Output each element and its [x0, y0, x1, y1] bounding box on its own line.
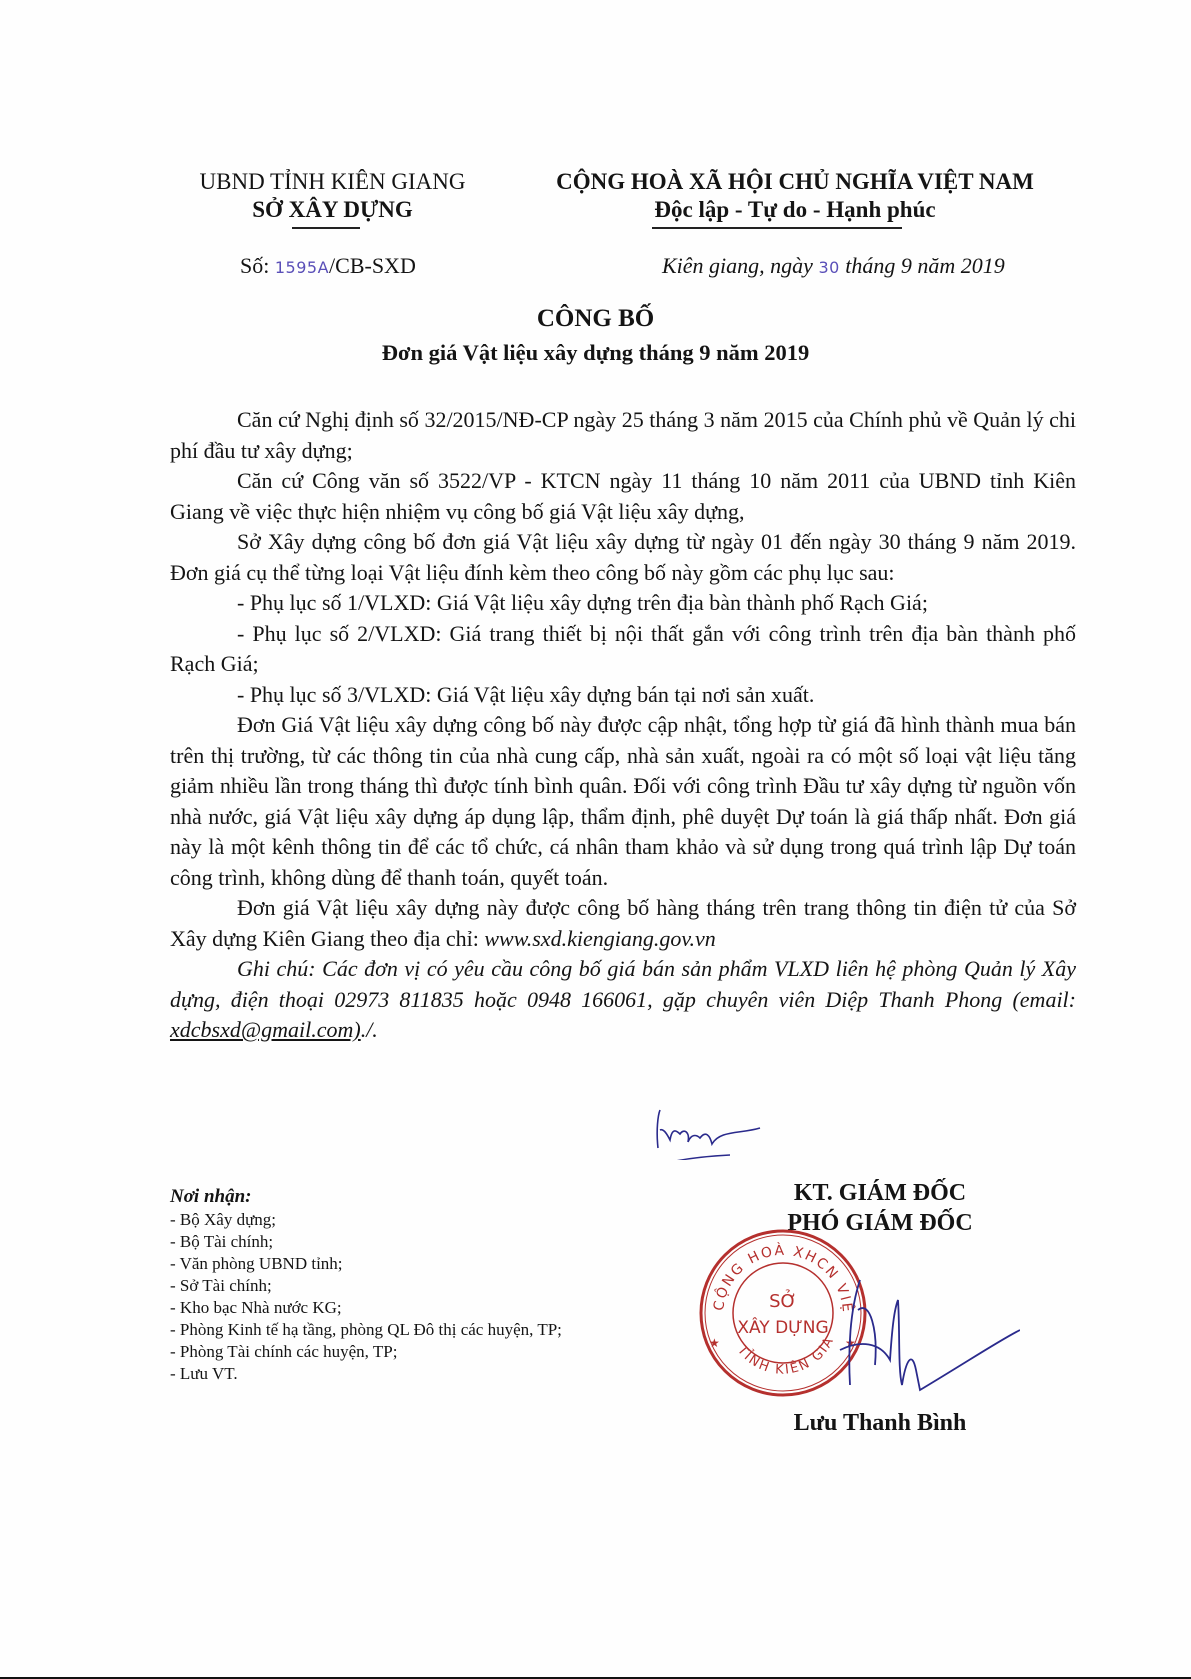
agency-name: SỞ XÂY DỰNG: [170, 196, 495, 224]
recipients-block: Nơi nhận: - Bộ Xây dựng; - Bộ Tài chính;…: [170, 1185, 570, 1385]
agency-underline: [292, 227, 360, 229]
recipient-item: - Bộ Tài chính;: [170, 1231, 570, 1253]
recipients-heading: Nơi nhận:: [170, 1185, 570, 1209]
signer-name: Lưu Thanh Bình: [700, 1410, 1060, 1437]
svg-text:★: ★: [709, 1336, 720, 1350]
website-link[interactable]: www.sxd.kiengiang.gov.vn: [484, 926, 715, 951]
issuing-agency-block: UBND TỈNH KIÊN GIANG SỞ XÂY DỰNG: [170, 168, 495, 224]
svg-text:SỞ: SỞ: [769, 1289, 797, 1312]
handwritten-signature: [820, 1270, 1020, 1410]
appendix-item: - Phụ lục số 3/VLXD: Giá Vật liệu xây dự…: [170, 680, 1076, 711]
appendix-item: - Phụ lục số 2/VLXD: Giá trang thiết bị …: [170, 619, 1076, 680]
document-subtitle: Đơn giá Vật liệu xây dựng tháng 9 năm 20…: [0, 340, 1191, 366]
initials-mark: [650, 1100, 790, 1160]
motto-underline: [652, 227, 902, 229]
paragraph-note: Ghi chú: Các đơn vị có yêu cầu công bố g…: [170, 954, 1076, 1046]
national-header-block: CỘNG HOÀ XÃ HỘI CHỦ NGHĨA VIỆT NAM Độc l…: [520, 168, 1070, 224]
recipient-item: - Văn phòng UBND tỉnh;: [170, 1253, 570, 1275]
paragraph-website: Đơn giá Vật liệu xây dựng này được công …: [170, 893, 1076, 954]
national-motto: Độc lập - Tự do - Hạnh phúc: [520, 196, 1070, 224]
paragraph-legal-basis-2: Căn cứ Công văn số 3522/VP - KTCN ngày 1…: [170, 466, 1076, 527]
recipient-item: - Sở Tài chính;: [170, 1275, 570, 1297]
document-number: Số: 1595A/CB-SXD: [240, 253, 416, 279]
agency-parent: UBND TỈNH KIÊN GIANG: [170, 168, 495, 196]
document-title: CÔNG BỐ: [0, 305, 1191, 333]
recipient-item: - Kho bạc Nhà nước KG;: [170, 1297, 570, 1319]
paragraph-announcement: Sở Xây dựng công bố đơn giá Vật liệu xây…: [170, 527, 1076, 588]
recipient-item: - Phòng Kinh tế hạ tầng, phòng QL Đô thị…: [170, 1319, 570, 1341]
email-link[interactable]: xdcbsxd@gmail.com): [170, 1017, 361, 1042]
recipient-item: - Phòng Tài chính các huyện, TP;: [170, 1341, 570, 1363]
document-date: Kiên giang, ngày 30 tháng 9 năm 2019: [662, 253, 1005, 279]
handwritten-number: 1595A: [275, 258, 329, 277]
svg-text:XÂY DỰNG: XÂY DỰNG: [737, 1316, 828, 1338]
paragraph-description: Đơn Giá Vật liệu xây dựng công bố này đư…: [170, 710, 1076, 893]
country-name: CỘNG HOÀ XÃ HỘI CHỦ NGHĨA VIỆT NAM: [520, 168, 1070, 196]
paragraph-legal-basis-1: Căn cứ Nghị định số 32/2015/NĐ-CP ngày 2…: [170, 405, 1076, 466]
document-body: Căn cứ Nghị định số 32/2015/NĐ-CP ngày 2…: [170, 405, 1076, 1046]
signature-authority: KT. GIÁM ĐỐC: [700, 1178, 1060, 1208]
appendix-item: - Phụ lục số 1/VLXD: Giá Vật liệu xây dự…: [170, 588, 1076, 619]
handwritten-day: 30: [818, 258, 839, 277]
recipient-item: - Bộ Xây dựng;: [170, 1209, 570, 1231]
recipient-item: - Lưu VT.: [170, 1363, 570, 1385]
